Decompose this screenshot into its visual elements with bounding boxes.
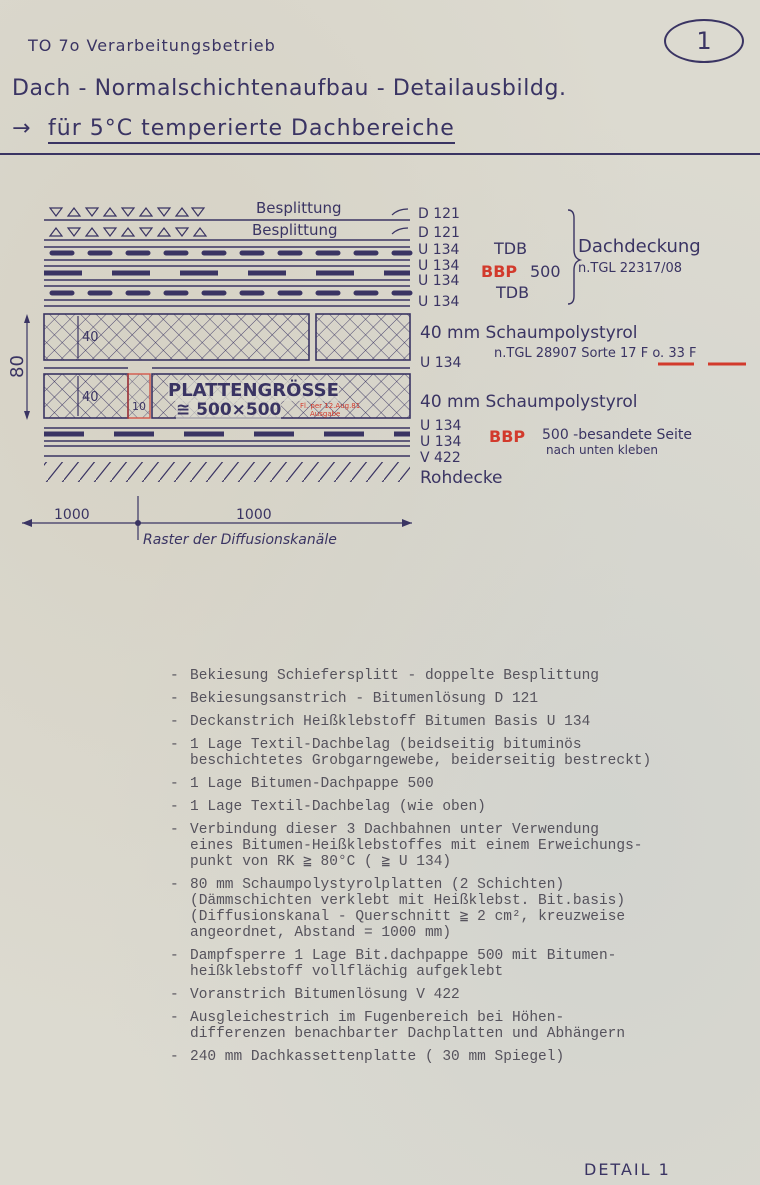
membrane-tdb-bottom: TDB xyxy=(496,283,529,302)
list-item-text: Dampfsperre 1 Lage Bit.dachpappe 500 mit… xyxy=(190,948,616,980)
bbp-lower-prefix: BBP xyxy=(489,427,525,446)
list-item-text: Bekiesung Schiefersplitt - doppelte Besp… xyxy=(190,668,599,684)
grid-caption: Raster der Diffusionskanäle xyxy=(143,532,337,548)
bullet: - xyxy=(170,668,190,684)
bullet: - xyxy=(170,1049,190,1065)
grid-right-dim: 1000 xyxy=(236,507,272,523)
grid-left-dim: 1000 xyxy=(54,507,90,523)
layer-code-u134-3: U 134 xyxy=(418,273,459,289)
lower-code-u134-1: U 134 xyxy=(420,418,461,434)
bullet: - xyxy=(170,987,190,1003)
list-item-text: Voranstrich Bitumenlösung V 422 xyxy=(190,987,460,1003)
list-item: -Verbindung dieser 3 Dachbahnen unter Ve… xyxy=(170,822,760,870)
base-label: Rohdecke xyxy=(420,468,503,488)
membrane-tdb-top: TDB xyxy=(494,239,527,258)
bullet: - xyxy=(170,822,190,870)
layer-code-u134-2: U 134 xyxy=(418,258,459,274)
list-item: -80 mm Schaumpolystyrolplatten (2 Schich… xyxy=(170,877,760,941)
bullet: - xyxy=(170,877,190,941)
dim-total: 80 xyxy=(7,355,28,378)
red-note-1: Fl. per 12.Aug.81 xyxy=(300,402,360,410)
membrane-bbp-prefix: BBP xyxy=(481,262,517,281)
spec-list: -Bekiesung Schiefersplitt - doppelte Bes… xyxy=(170,668,760,1072)
list-item: -Dampfsperre 1 Lage Bit.dachpappe 500 mi… xyxy=(170,948,760,980)
lower-code-v422: V 422 xyxy=(420,450,461,466)
list-item-text: 240 mm Dachkassettenplatte ( 30 mm Spieg… xyxy=(190,1049,564,1065)
dim-layer-bottom: 40 xyxy=(82,390,99,405)
list-item: -Bekiesungsanstrich - Bitumenlösung D 12… xyxy=(170,691,760,707)
roof-section-drawing xyxy=(0,0,760,560)
bullet: - xyxy=(170,948,190,980)
bbp-lower-note: nach unten kleben xyxy=(546,443,658,457)
layer-code-d121-1: D 121 xyxy=(418,206,460,222)
bullet: - xyxy=(170,1010,190,1042)
dim-channel: 10 xyxy=(132,400,146,413)
red-note-2: Ausgabe xyxy=(310,410,340,418)
list-item-text: Deckanstrich Heißklebstoff Bitumen Basis… xyxy=(190,714,590,730)
list-item: -Bekiesung Schiefersplitt - doppelte Bes… xyxy=(170,668,760,684)
insulation-top-label: 40 mm Schaumpolystyrol xyxy=(420,323,638,343)
list-item-text: 1 Lage Bitumen-Dachpappe 500 xyxy=(190,776,434,792)
list-item-text: 1 Lage Textil-Dachbelag (wie oben) xyxy=(190,799,486,815)
list-item: -Ausgleichestrich im Fugenbereich bei Hö… xyxy=(170,1010,760,1042)
bullet: - xyxy=(170,799,190,815)
list-item: -Voranstrich Bitumenlösung V 422 xyxy=(170,987,760,1003)
insulation-bottom-label: 40 mm Schaumpolystyrol xyxy=(420,392,638,412)
insulation-sorte-a: 17 F xyxy=(620,346,648,361)
insulation-sorte-sep: o. xyxy=(648,346,668,361)
list-item-text: 1 Lage Textil-Dachbelag (beidseitig bitu… xyxy=(190,737,651,769)
insulation-norm-prefix: n.TGL 28907 Sorte xyxy=(494,346,620,361)
insulation-norm: n.TGL 28907 Sorte 17 F o. 33 F xyxy=(494,346,696,361)
list-item-text: Ausgleichestrich im Fugenbereich bei Höh… xyxy=(190,1010,625,1042)
bullet: - xyxy=(170,737,190,769)
layer-label-besplittung-1: Besplittung xyxy=(256,199,342,217)
list-item-text: Bekiesungsanstrich - Bitumenlösung D 121 xyxy=(190,691,538,707)
layer-code-d121-2: D 121 xyxy=(418,225,460,241)
list-item: -1 Lage Textil-Dachbelag (beidseitig bit… xyxy=(170,737,760,769)
plate-size-label: PLATTENGRÖSSE xyxy=(168,380,339,401)
list-item-text: Verbindung dieser 3 Dachbahnen unter Ver… xyxy=(190,822,642,870)
dachdeckung-label: Dachdeckung xyxy=(578,236,701,257)
mid-code-u134: U 134 xyxy=(420,355,461,371)
membrane-bbp-value: 500 xyxy=(530,262,561,281)
plate-size-value: ≅ 500×500 xyxy=(176,400,281,420)
list-item: -1 Lage Bitumen-Dachpappe 500 xyxy=(170,776,760,792)
lower-code-u134-2: U 134 xyxy=(420,434,461,450)
layer-label-besplittung-2: Besplittung xyxy=(252,221,338,239)
bullet: - xyxy=(170,714,190,730)
detail-label: DETAIL 1 xyxy=(584,1160,671,1179)
bullet: - xyxy=(170,691,190,707)
layer-code-u134-4: U 134 xyxy=(418,294,459,310)
layer-code-u134-1: U 134 xyxy=(418,242,459,258)
list-item: -1 Lage Textil-Dachbelag (wie oben) xyxy=(170,799,760,815)
gravel-icon xyxy=(50,208,206,236)
list-item-text: 80 mm Schaumpolystyrolplatten (2 Schicht… xyxy=(190,877,625,941)
bbp-lower-text: 500 -besandete Seite xyxy=(542,427,692,443)
list-item: -240 mm Dachkassettenplatte ( 30 mm Spie… xyxy=(170,1049,760,1065)
list-item: -Deckanstrich Heißklebstoff Bitumen Basi… xyxy=(170,714,760,730)
dim-layer-top: 40 xyxy=(82,330,99,345)
dachdeckung-norm: n.TGL 22317/08 xyxy=(578,261,682,276)
bullet: - xyxy=(170,776,190,792)
insulation-sorte-b: 33 F xyxy=(668,346,696,361)
